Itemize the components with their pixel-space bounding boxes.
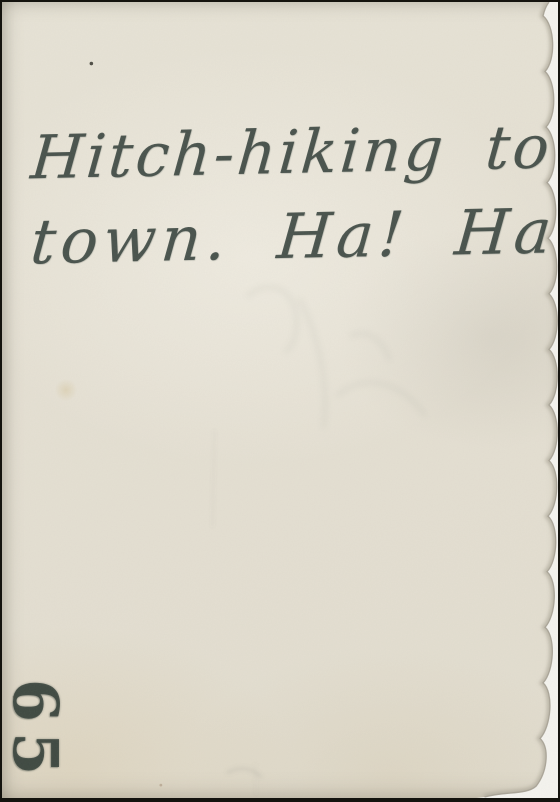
scanned-photo-back: Hitch-hiking to town. Ha! Ha! 65 (0, 0, 560, 802)
archive-number-stamp: 65 (0, 677, 70, 787)
inscription-line-1: Hitch-hiking to (28, 112, 555, 193)
photo-paper: Hitch-hiking to town. Ha! Ha! 65 (2, 2, 558, 798)
handwritten-inscription: Hitch-hiking to town. Ha! Ha! (2, 0, 560, 8)
inscription-line-2: town. Ha! Ha! (28, 194, 560, 279)
